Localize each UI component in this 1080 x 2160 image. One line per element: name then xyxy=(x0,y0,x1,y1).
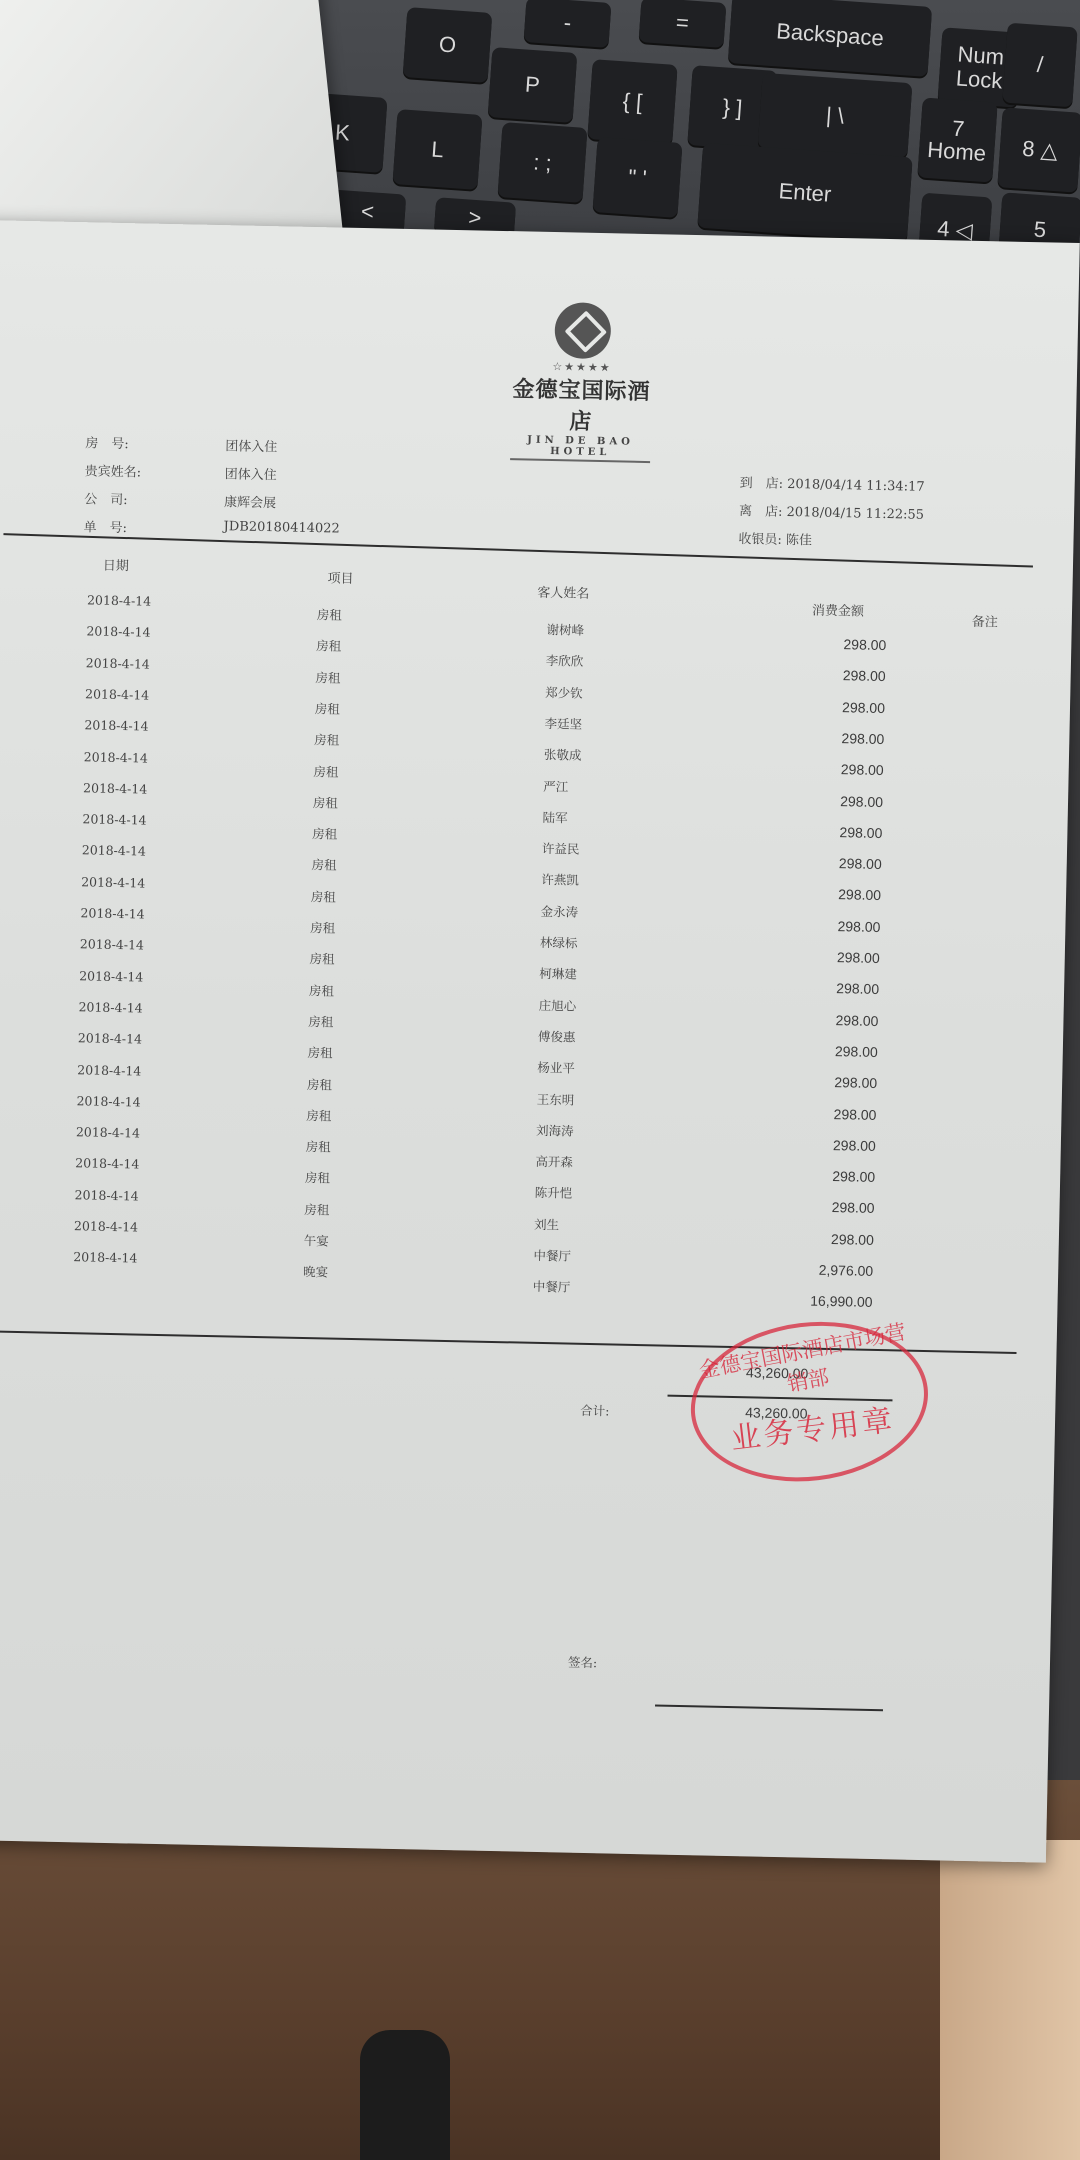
cell-amount: 298.00 xyxy=(798,1042,878,1060)
cell-guest: 陆军 xyxy=(542,808,567,827)
key-p: P xyxy=(488,47,578,123)
cell-guest: 许燕凯 xyxy=(541,870,579,889)
cell-date: 2018-4-14 xyxy=(84,749,148,765)
cell-date: 2018-4-14 xyxy=(76,1124,140,1140)
cell-item: 房租 xyxy=(312,824,337,843)
key-backspace: Backspace xyxy=(728,0,932,77)
cell-guest: 王东明 xyxy=(537,1089,575,1108)
cell-amount: 298.00 xyxy=(794,1199,874,1217)
cell-item: 房租 xyxy=(306,1106,331,1125)
cell-guest: 柯琳建 xyxy=(539,964,577,983)
cell-guest: 杨业平 xyxy=(537,1058,575,1077)
cell-amount: 298.00 xyxy=(805,667,885,685)
cell-item: 房租 xyxy=(309,981,334,1000)
cell-date: 2018-4-14 xyxy=(86,624,150,640)
key-: - xyxy=(524,0,612,48)
cell-item: 房租 xyxy=(307,1075,332,1094)
cell-guest: 金永涛 xyxy=(540,902,578,921)
key-8: 8 △ xyxy=(997,107,1080,192)
cell-guest: 谢树峰 xyxy=(546,620,584,639)
cell-amount: 298.00 xyxy=(796,1105,876,1123)
key-: = xyxy=(639,0,727,48)
info-value: 团体入住 xyxy=(225,435,277,455)
cell-item: 房租 xyxy=(311,887,336,906)
cell-item: 房租 xyxy=(317,605,342,624)
cell-amount: 298.00 xyxy=(798,1011,878,1029)
cell-guest: 陈升恺 xyxy=(535,1183,573,1202)
cell-amount: 298.00 xyxy=(801,886,881,904)
hotel-name-en: JIN DE BAO HOTEL xyxy=(510,434,651,463)
cell-item: 房租 xyxy=(307,1043,332,1062)
chair xyxy=(360,2030,450,2160)
cell-item: 房租 xyxy=(305,1168,330,1187)
info-label: 单 号: xyxy=(83,516,127,536)
info-value: 团体入住 xyxy=(225,463,277,483)
key-enter: Enter xyxy=(697,143,912,242)
cell-amount: 298.00 xyxy=(802,823,882,841)
cell-amount: 298.00 xyxy=(802,854,882,872)
total-label: 合计: xyxy=(580,1401,610,1420)
column-header: 日期 xyxy=(103,555,129,575)
key-l: L xyxy=(392,109,482,190)
key-: / xyxy=(1002,23,1077,108)
cell-date: 2018-4-14 xyxy=(80,937,144,953)
info-label: 公 司: xyxy=(84,488,128,508)
cell-amount: 298.00 xyxy=(800,917,880,935)
stay-field: 到 店: 2018/04/14 11:34:17 xyxy=(739,472,924,495)
cell-amount: 298.00 xyxy=(806,635,886,653)
info-value: JDB20180414022 xyxy=(223,519,339,536)
key-o: O xyxy=(403,7,493,83)
key-: " ' xyxy=(592,137,682,218)
cell-item: 房租 xyxy=(315,668,340,687)
stay-field: 收银员: 陈佳 xyxy=(738,528,812,549)
cell-date: 2018-4-14 xyxy=(75,1156,139,1172)
cell-guest: 严江 xyxy=(543,776,568,795)
hotel-logo: ☆★★★★ 金德宝国际酒店 JIN DE BAO HOTEL xyxy=(510,301,653,463)
cell-guest: 傅俊惠 xyxy=(538,1027,576,1046)
cell-date: 2018-4-14 xyxy=(84,717,148,733)
key-7-home: 7 Home xyxy=(917,97,997,182)
cell-amount: 298.00 xyxy=(804,761,884,779)
column-header: 备注 xyxy=(972,611,998,631)
hotel-logo-icon xyxy=(554,302,611,359)
header-rule xyxy=(3,533,1033,567)
cell-date: 2018-4-14 xyxy=(74,1218,138,1234)
cell-amount: 2,976.00 xyxy=(793,1261,873,1279)
cell-item: 房租 xyxy=(310,918,335,937)
key-: | \ xyxy=(758,73,913,158)
cell-amount: 298.00 xyxy=(794,1230,874,1248)
cell-item: 房租 xyxy=(313,793,338,812)
cell-guest: 中餐厅 xyxy=(533,1277,571,1296)
cell-date: 2018-4-14 xyxy=(77,1062,141,1078)
cell-amount: 298.00 xyxy=(799,980,879,998)
column-header: 客人姓名 xyxy=(537,582,589,602)
cell-item: 房租 xyxy=(305,1137,330,1156)
signature-line xyxy=(655,1704,883,1711)
cell-guest: 刘生 xyxy=(534,1215,559,1234)
cell-amount: 298.00 xyxy=(804,729,884,747)
cell-item: 房租 xyxy=(316,636,341,655)
info-value: 康辉会展 xyxy=(224,491,276,511)
cell-date: 2018-4-14 xyxy=(86,655,150,671)
cell-guest: 李欣欣 xyxy=(546,651,584,670)
cell-item: 房租 xyxy=(311,855,336,874)
cell-amount: 298.00 xyxy=(803,792,883,810)
cell-date: 2018-4-14 xyxy=(81,874,145,890)
hotel-receipt: ☆★★★★ 金德宝国际酒店 JIN DE BAO HOTEL 房 号:团体入住贵… xyxy=(0,220,1080,1863)
cell-date: 2018-4-14 xyxy=(73,1249,137,1265)
key-: { [ xyxy=(587,59,677,145)
cell-date: 2018-4-14 xyxy=(80,905,144,921)
cell-date: 2018-4-14 xyxy=(76,1093,140,1109)
cell-item: 房租 xyxy=(308,1012,333,1031)
cell-date: 2018-4-14 xyxy=(79,968,143,984)
cell-date: 2018-4-14 xyxy=(78,999,142,1015)
cell-guest: 刘海涛 xyxy=(536,1121,574,1140)
cell-guest: 高开森 xyxy=(535,1152,573,1171)
cell-date: 2018-4-14 xyxy=(83,780,147,796)
cell-guest: 郑少钦 xyxy=(545,683,583,702)
cell-item: 房租 xyxy=(304,1200,329,1219)
cell-item: 房租 xyxy=(313,762,338,781)
cell-amount: 298.00 xyxy=(797,1073,877,1091)
cell-guest: 庄旭心 xyxy=(539,995,577,1014)
company-seal: 金德宝国际酒店市场营销部 业务专用章 xyxy=(682,1309,937,1494)
key-: : ; xyxy=(497,122,587,203)
cell-date: 2018-4-14 xyxy=(74,1187,138,1203)
column-header: 项目 xyxy=(327,567,353,587)
stay-field: 离 店: 2018/04/15 11:22:55 xyxy=(739,500,924,523)
cell-item: 房租 xyxy=(314,730,339,749)
column-header: 消费金额 xyxy=(812,600,864,620)
cell-item: 房租 xyxy=(309,949,334,968)
cell-date: 2018-4-14 xyxy=(78,1030,142,1046)
cell-item: 晚宴 xyxy=(303,1262,328,1281)
cell-guest: 中餐厅 xyxy=(533,1246,571,1265)
cell-amount: 298.00 xyxy=(800,948,880,966)
cell-amount: 298.00 xyxy=(796,1136,876,1154)
cell-guest: 张敬成 xyxy=(544,745,582,764)
cell-date: 2018-4-14 xyxy=(82,843,146,859)
cell-guest: 许益民 xyxy=(542,839,580,858)
cell-date: 2018-4-14 xyxy=(87,592,151,608)
cell-amount: 298.00 xyxy=(795,1167,875,1185)
table-edge xyxy=(940,1840,1080,2160)
cell-amount: 298.00 xyxy=(805,698,885,716)
cell-amount: 16,990.00 xyxy=(792,1293,872,1311)
cell-guest: 林绿标 xyxy=(540,933,578,952)
info-label: 贵宾姓名: xyxy=(85,460,142,480)
cell-date: 2018-4-14 xyxy=(85,686,149,702)
hotel-name-cn: 金德宝国际酒店 xyxy=(511,372,652,437)
cell-item: 午宴 xyxy=(304,1231,329,1250)
signature-label: 签名: xyxy=(568,1653,598,1672)
cell-item: 房租 xyxy=(315,699,340,718)
info-label: 房 号: xyxy=(85,432,129,452)
cell-guest: 李廷坚 xyxy=(544,714,582,733)
cell-date: 2018-4-14 xyxy=(82,811,146,827)
